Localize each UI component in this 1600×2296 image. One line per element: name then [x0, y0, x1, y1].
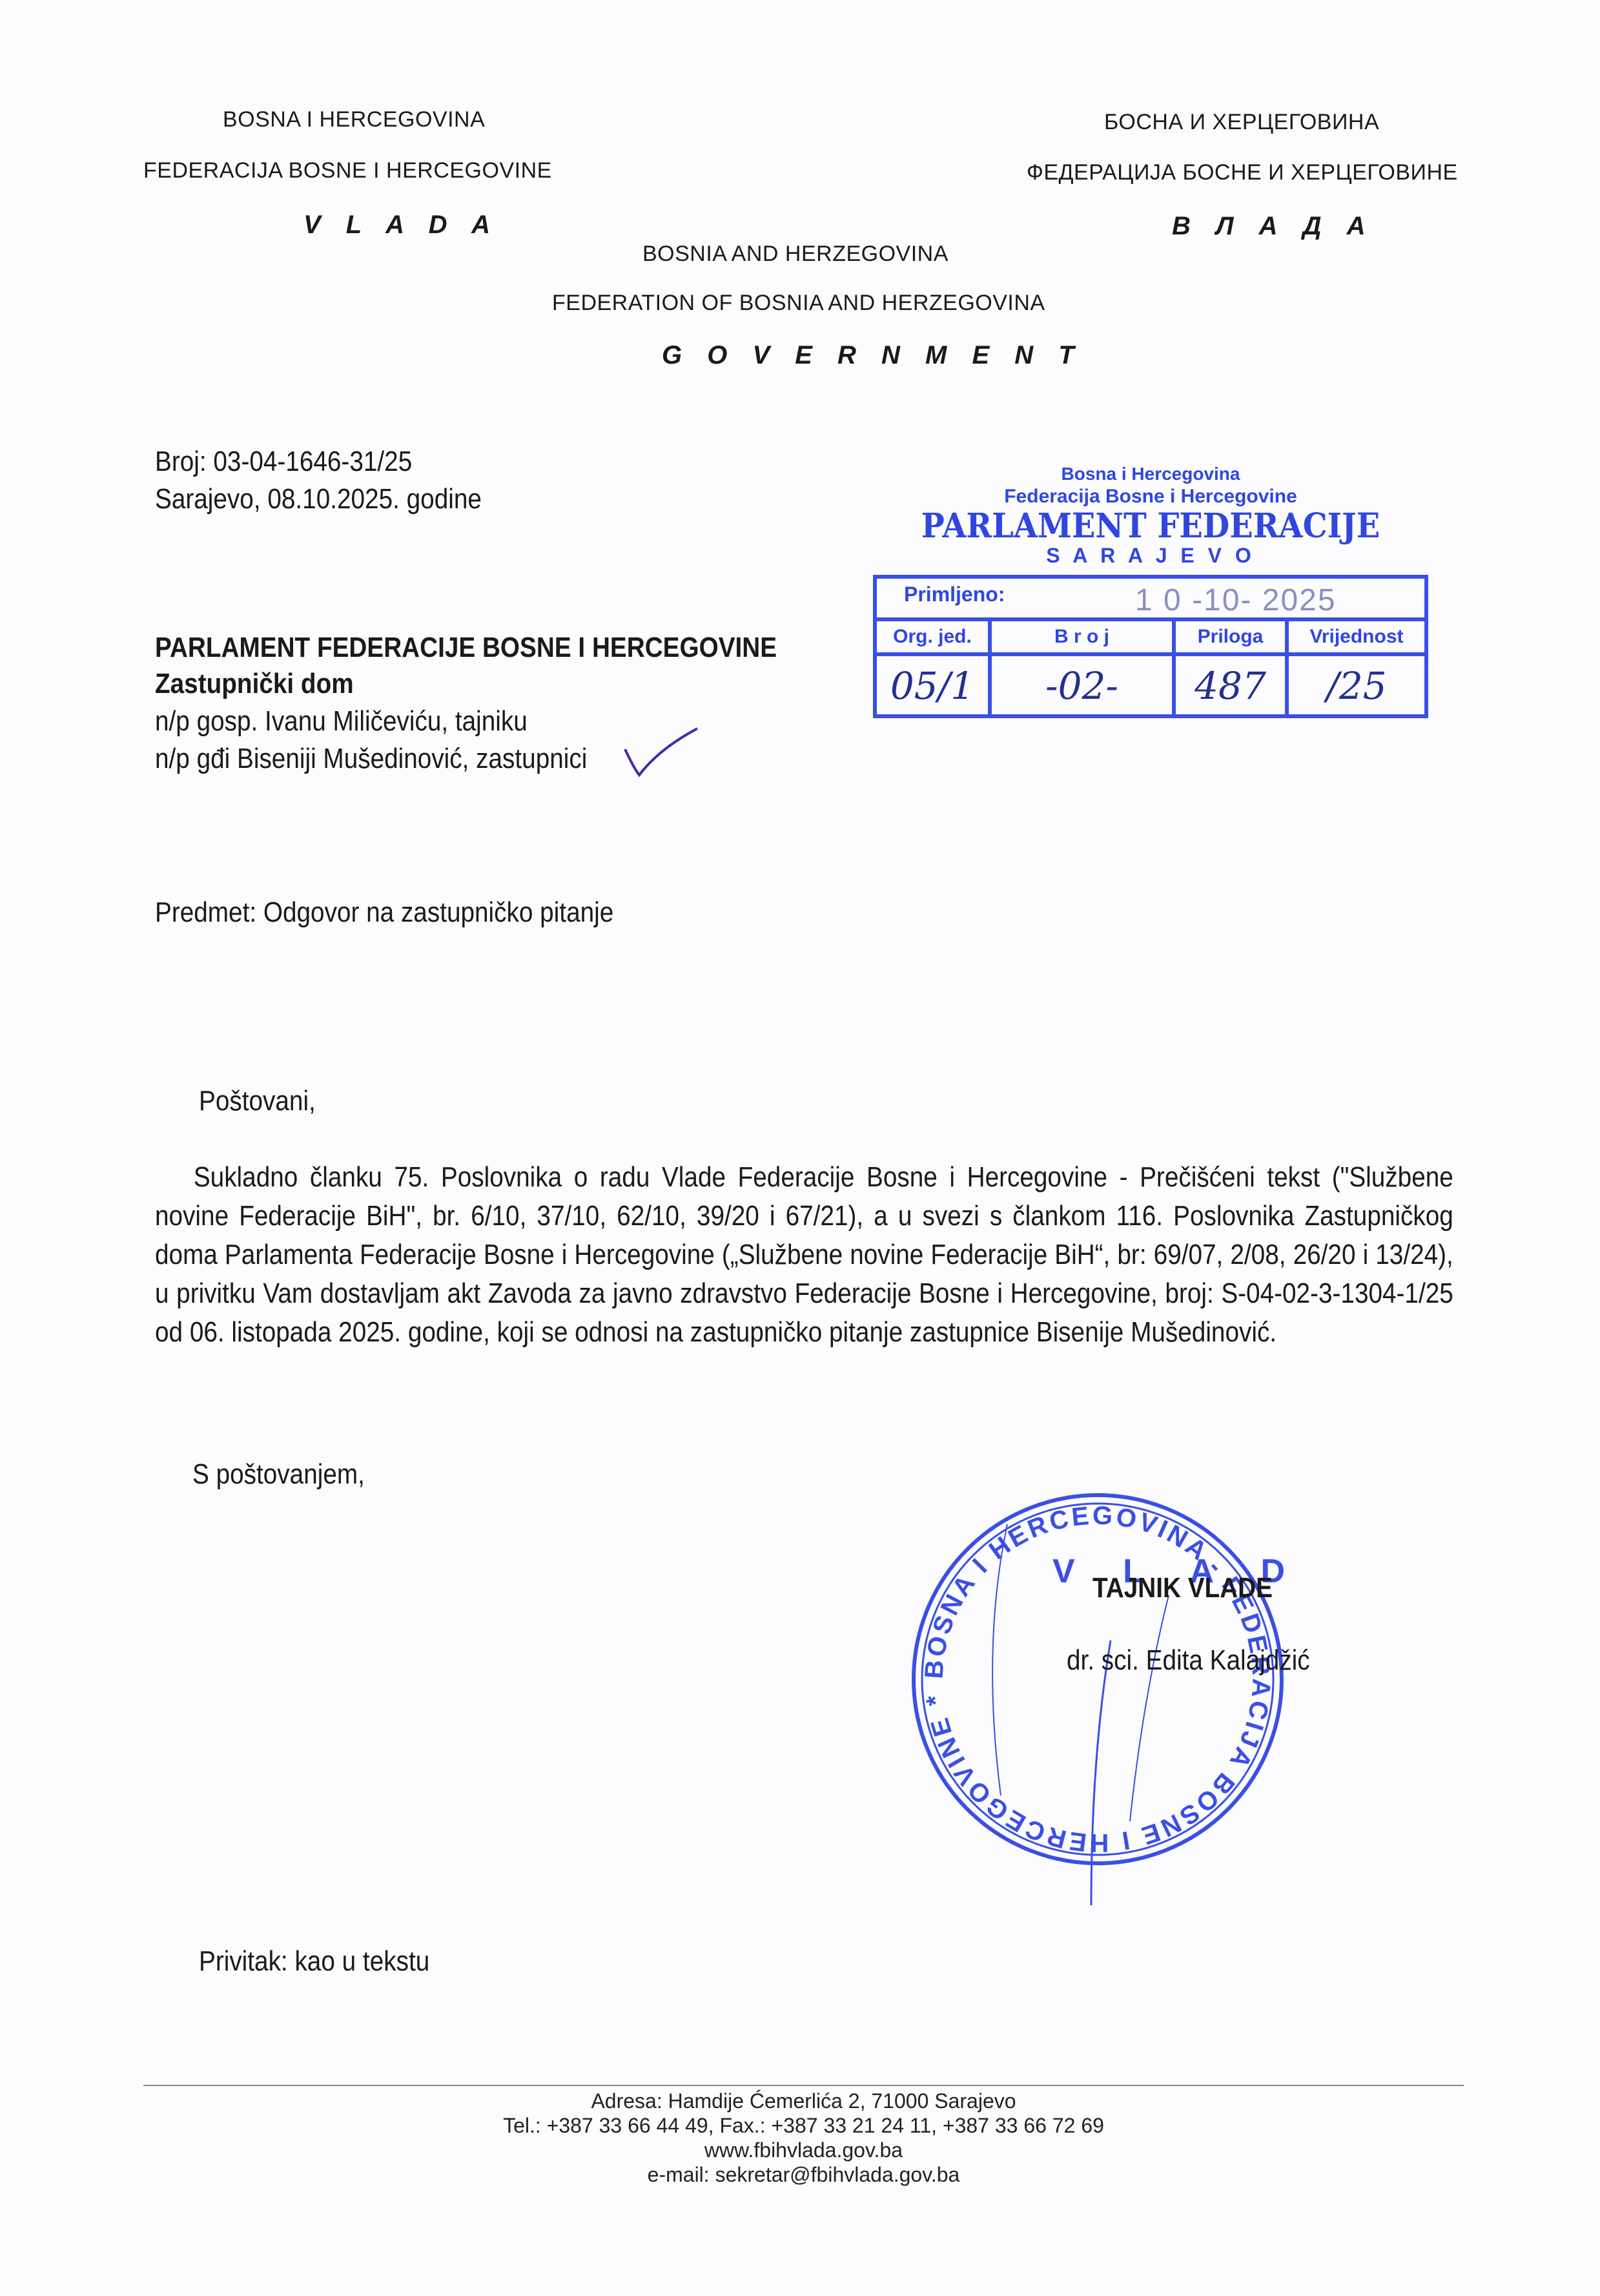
letterhead-left-line3: V L A D A — [303, 211, 499, 240]
subject: Predmet: Odgovor na zastupničko pitanje — [155, 896, 613, 929]
stamp-col-org: Org. jed. 05/1 — [877, 621, 992, 714]
stamp-line2: Federacija Bosne i Hercegovine — [873, 486, 1428, 508]
government-seal: BOSNA I HERCEGOVINA - FEDERACIJA BOSNE I… — [897, 1485, 1298, 1912]
signature-name: dr. sci. Edita Kalajdžić — [1067, 1644, 1310, 1677]
stamp-col-priloga: Priloga 487 — [1176, 621, 1289, 714]
stamp-line3: PARLAMENT FEDERACIJE — [895, 506, 1406, 546]
attachment-note: Privitak: kao u tekstu — [199, 1945, 429, 1978]
salutation: Poštovani, — [199, 1085, 316, 1117]
footer: Adresa: Hamdije Ćemerlića 2, 71000 Saraj… — [143, 2089, 1464, 2187]
footer-address: Adresa: Hamdije Ćemerlića 2, 71000 Saraj… — [143, 2089, 1464, 2113]
signature-title: TAJNIK VLADE — [1092, 1572, 1273, 1604]
stamp-table: Primljeno: 1 0 -10- 2025 Org. jed. 05/1 … — [873, 575, 1428, 718]
stamp-line4: S A R A J E V O — [873, 544, 1428, 568]
stamp-col-broj: B r o j -02- — [992, 621, 1176, 714]
letterhead-right-line1: БОСНА И ХЕРЦЕГОВИНА — [1104, 110, 1379, 135]
letterhead-right-line3: В Л А Д А — [1172, 212, 1374, 241]
recipient-line1: PARLAMENT FEDERACIJE BOSNE I HERCEGOVINE — [155, 632, 777, 664]
reference-number: Broj: 03-04-1646-31/25 — [155, 446, 412, 478]
footer-email[interactable]: e-mail: sekretar@fbihvlada.gov.ba — [143, 2162, 1464, 2187]
stamp-col-vrijednost: Vrijednost /25 — [1289, 621, 1424, 714]
letterhead-center-line3: G O V E R N M E N T — [662, 341, 1083, 370]
body-paragraph: Sukladno članku 75. Poslovnika o radu Vl… — [155, 1158, 1453, 1352]
recipient-line3: n/p gosp. Ivanu Miličeviću, tajniku — [155, 705, 528, 738]
letterhead-center-line1: BOSNIA AND HERZEGOVINA — [642, 242, 949, 267]
letterhead-left-line2: FEDERACIJA BOSNE I HERCEGOVINE — [143, 158, 552, 183]
reference-place-date: Sarajevo, 08.10.2025. godine — [155, 483, 482, 515]
stamp-line1: Bosna i Hercegovina — [873, 464, 1428, 484]
closing: S poštovanjem, — [192, 1458, 365, 1491]
recipient-line4: n/p gđi Biseniji Mušedinović, zastupnici — [155, 743, 587, 775]
letterhead-center-line2: FEDERATION OF BOSNIA AND HERZEGOVINA — [552, 291, 1045, 316]
letterhead-left-line1: BOSNA I HERCEGOVINA — [223, 107, 485, 132]
footer-phone: Tel.: +387 33 66 44 49, Fax.: +387 33 21… — [143, 2113, 1464, 2138]
letterhead-right-line2: ФЕДЕРАЦИЈА БОСНЕ И ХЕРЦЕГОВИНЕ — [1027, 160, 1458, 185]
stamp-received-label: Primljeno: — [904, 583, 1005, 606]
footer-website[interactable]: www.fbihvlada.gov.ba — [143, 2138, 1464, 2162]
footer-divider — [143, 2085, 1464, 2086]
recipient-line2: Zastupnički dom — [155, 668, 354, 700]
checkmark-icon — [620, 723, 704, 781]
stamp-received-date: 1 0 -10- 2025 — [1135, 583, 1337, 618]
